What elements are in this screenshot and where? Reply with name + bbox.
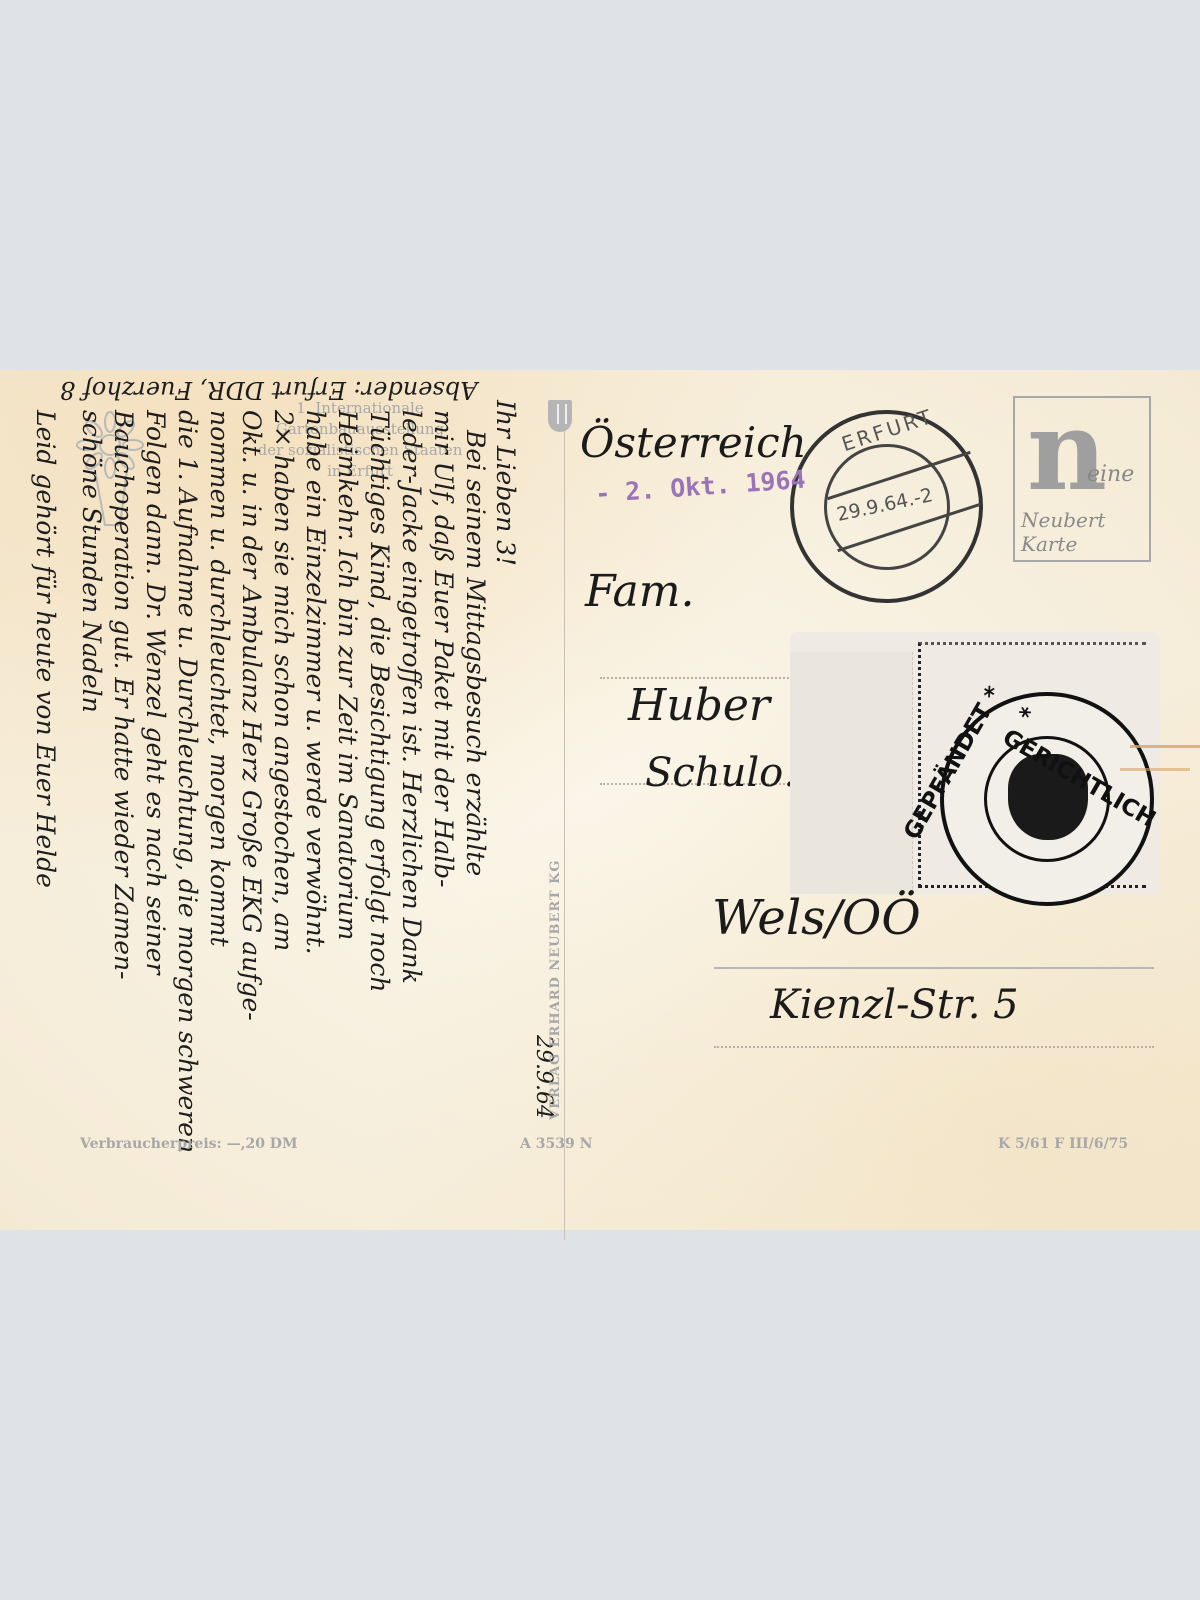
message-line: Tüchtiges Kind, die Besichtigung erfolgt… — [365, 410, 394, 993]
message-line: Folgen dann. Dr. Wenzel geht es nach sei… — [141, 410, 170, 974]
print-code: K 5/61 F III/6/75 — [998, 1136, 1128, 1152]
shield-logo-icon — [548, 400, 572, 432]
brand-box: n eine Neubert Karte — [1013, 396, 1151, 562]
brand-line: eine — [1087, 462, 1134, 487]
article-number: A 3539 N — [520, 1136, 592, 1152]
received-stamp: - 2. Okt. 1964 — [594, 465, 806, 509]
postcard: 1. Internationale Gartenbauausstellung d… — [0, 370, 1200, 1230]
address-line: Fam. — [585, 566, 694, 617]
message-line: die 1. Aufnahme u. Durchleuchtung, die m… — [173, 410, 202, 1153]
message-line: Ihr Lieben 3! — [491, 400, 520, 566]
publisher-label: VERLAG ERHARD NEUBERT KG — [548, 859, 563, 1120]
stain — [1130, 745, 1200, 748]
address-line: Kienzl-Str. 5 — [770, 982, 1019, 1028]
address-country: Österreich — [580, 418, 807, 467]
message-line: mir Ulf, daß Euer Paket mit der Halb- — [429, 410, 458, 888]
price-label: Verbraucherpreis: —,20 DM — [80, 1136, 297, 1152]
postmark: ERFURT 29.9.64.-2 — [790, 410, 983, 603]
address-line: Huber — [628, 680, 770, 731]
handwritten-message: Ihr Lieben 3! Bei seinem Mittagsbesuch e… — [0, 370, 540, 1230]
stain — [1120, 768, 1190, 771]
message-line: nommen u. durchleuchtet, morgen kommt — [205, 410, 234, 947]
message-line: Okt. u. in der Ambulanz Herz Große EKG a… — [237, 410, 266, 1021]
message-line: Bei seinem Mittagsbesuch erzählte — [461, 430, 490, 876]
divider-line — [564, 420, 565, 1240]
address-line: Wels/OÖ — [712, 890, 921, 946]
message-line: Bauchoperation gut. Er hatte wieder Zame… — [109, 410, 138, 980]
stamp-stub — [790, 652, 913, 894]
publisher: VERLAG ERHARD NEUBERT KG — [556, 620, 557, 621]
address-solid-line — [714, 967, 1154, 969]
brand-letter: n — [1027, 396, 1107, 506]
address-dotted-line — [714, 1046, 1154, 1048]
message-line: leder-Jacke eingetroffen ist. Herzlichen… — [397, 410, 426, 984]
message-line: 2× haben sie mich schon angestochen, am — [269, 410, 298, 951]
brand-line: Neubert Karte — [1021, 508, 1149, 556]
message-line: schöne Stunden Nadeln — [77, 410, 106, 713]
message-line: habe ein Einzelzimmer u. werde verwöhnt. — [301, 410, 330, 955]
message-line: Heimkehr. Ich bin zur Zeit im Sanatorium — [333, 410, 362, 940]
court-seal: * GERICHTLICH GEPFÄNDET * — [940, 692, 1154, 906]
message-line: Leid gehört für heute von Euer Helde — [31, 410, 60, 888]
